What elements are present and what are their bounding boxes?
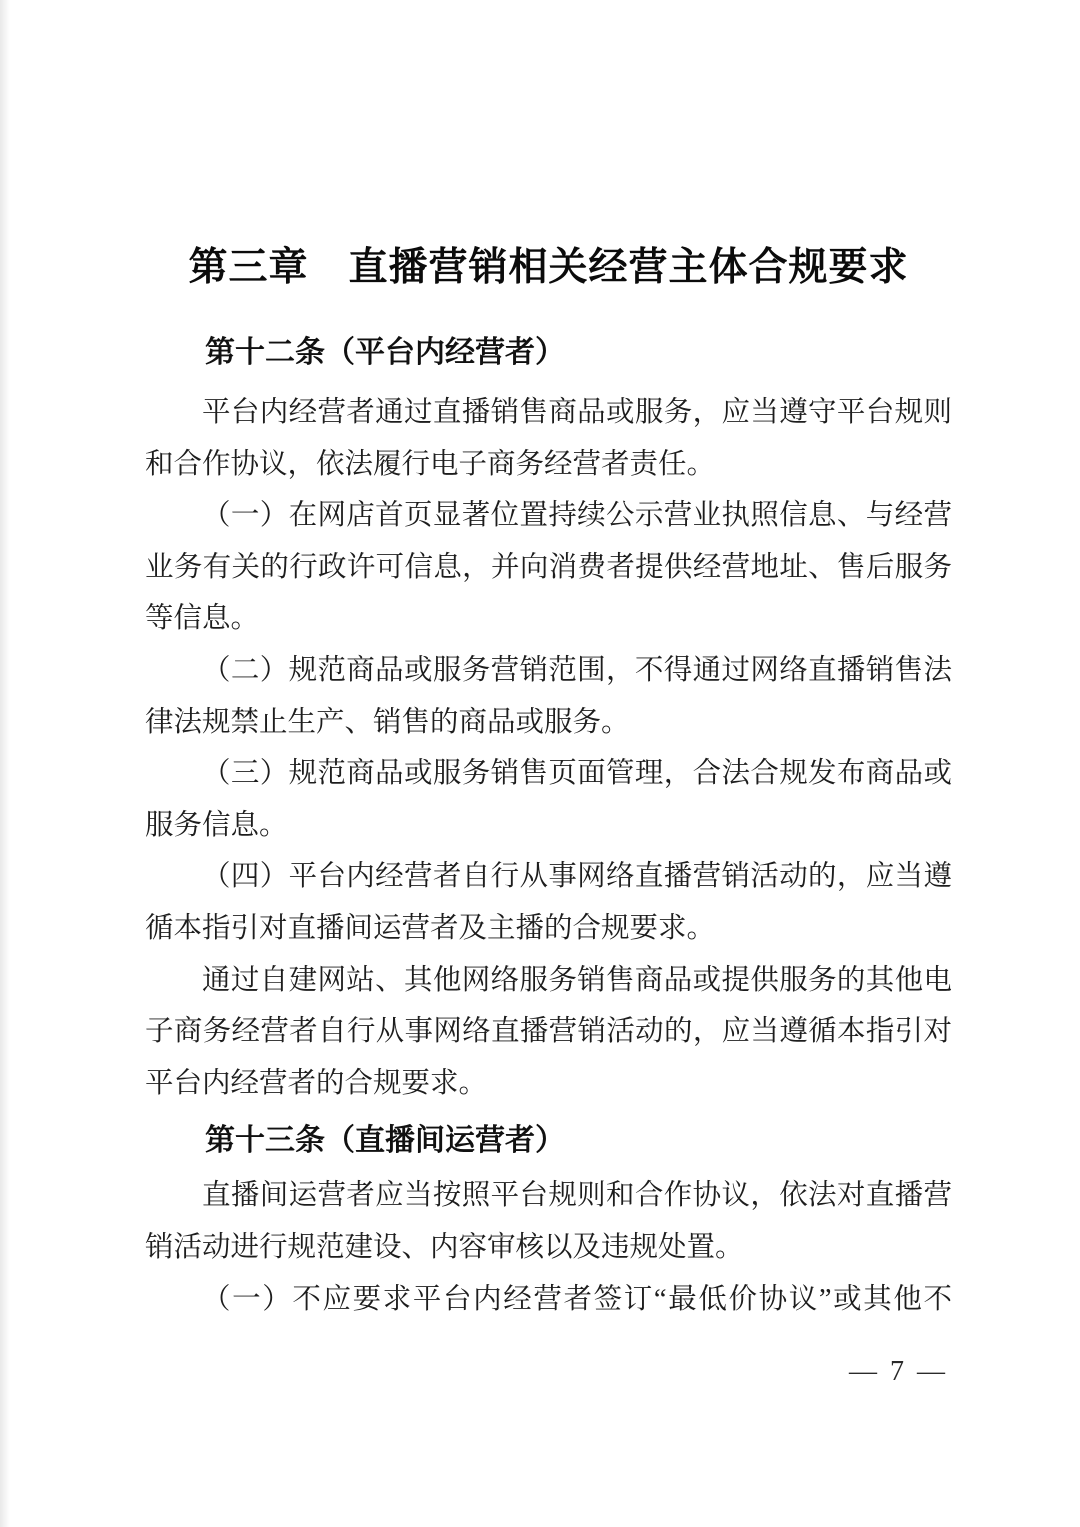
body-line: （一）在网店首页显著位置持续公示营业执照信息、与经营	[145, 490, 952, 542]
body-line: 等信息。	[145, 593, 952, 645]
body-line: 循本指引对直播间运营者及主播的合规要求。	[145, 903, 952, 955]
body-line: 业务有关的行政许可信息，并向消费者提供经营地址、售后服务	[145, 542, 952, 594]
body-line: （一）不应要求平台内经营者签订“最低价协议”或其他不	[145, 1274, 952, 1326]
article-12-heading: 第十二条（平台内经营者）	[145, 332, 952, 387]
body-line: 服务信息。	[145, 800, 952, 852]
body-line: 平台内经营者的合规要求。	[145, 1058, 952, 1110]
body-line: （二）规范商品或服务营销范围，不得通过网络直播销售法	[145, 645, 952, 697]
body-line: 和合作协议，依法履行电子商务经营者责任。	[145, 439, 952, 491]
document-page: 第三章 直播营销相关经营主体合规要求 第十二条（平台内经营者） 平台内经营者通过…	[0, 0, 1080, 1527]
body-line: （三）规范商品或服务销售页面管理，合法合规发布商品或	[145, 748, 952, 800]
page-number: — 7 —	[849, 1352, 948, 1392]
body-line: 子商务经营者自行从事网络直播营销活动的，应当遵循本指引对	[145, 1006, 952, 1058]
body-line: 通过自建网站、其他网络服务销售商品或提供服务的其他电	[145, 955, 952, 1007]
chapter-title: 第三章 直播营销相关经营主体合规要求	[145, 242, 952, 332]
body-line: 律法规禁止生产、销售的商品或服务。	[145, 697, 952, 749]
body-line: 平台内经营者通过直播销售商品或服务，应当遵守平台规则	[145, 387, 952, 439]
body-line: （四）平台内经营者自行从事网络直播营销活动的，应当遵	[145, 851, 952, 903]
article-13-heading: 第十三条（直播间运营者）	[145, 1109, 952, 1170]
body-line: 销活动进行规范建设、内容审核以及违规处置。	[145, 1222, 952, 1274]
body-line: 直播间运营者应当按照平台规则和合作协议，依法对直播营	[145, 1170, 952, 1222]
document-body: 第三章 直播营销相关经营主体合规要求 第十二条（平台内经营者） 平台内经营者通过…	[145, 242, 952, 1325]
